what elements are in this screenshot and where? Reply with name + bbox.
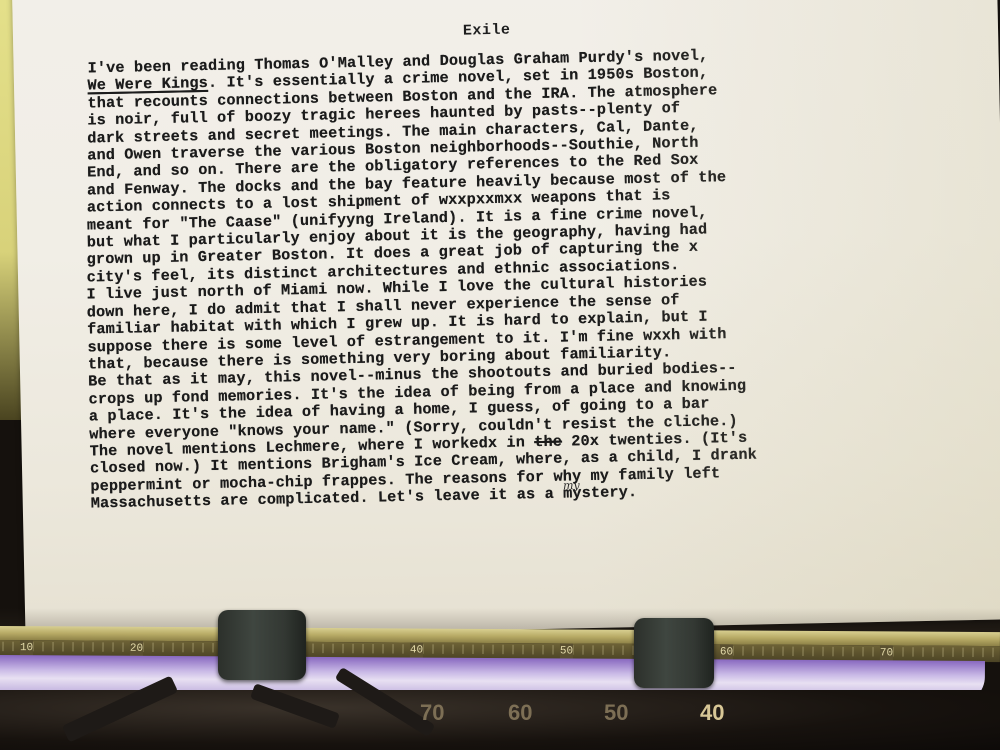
- page-title: Exile: [463, 22, 511, 40]
- struck-word: the: [534, 433, 562, 452]
- scale-label: 70: [880, 645, 893, 661]
- typewritten-page: 18 Exile I've been reading Thomas O'Mall…: [12, 0, 1000, 640]
- typewriter-mechanics: [0, 690, 1000, 750]
- typebar: [250, 683, 340, 729]
- scale-label: 10: [20, 640, 33, 656]
- page-number: 18: [87, 0, 108, 3]
- bail-roller-right[interactable]: [634, 618, 714, 688]
- margin-scale-number: 70: [420, 700, 444, 726]
- margin-scale-number: 40: [700, 700, 724, 726]
- body-text: I've been reading Thomas O'Malley and Do…: [81, 47, 757, 513]
- scale-label: 60: [720, 644, 733, 660]
- scale-label: 40: [410, 643, 423, 659]
- handwritten-insertion: my: [563, 479, 580, 492]
- bail-roller-left[interactable]: [218, 610, 306, 680]
- margin-scale-number: 60: [508, 700, 532, 726]
- margin-scale-number: 50: [604, 700, 628, 726]
- scale-label: 20: [130, 641, 143, 657]
- scale-label: 50: [560, 643, 573, 659]
